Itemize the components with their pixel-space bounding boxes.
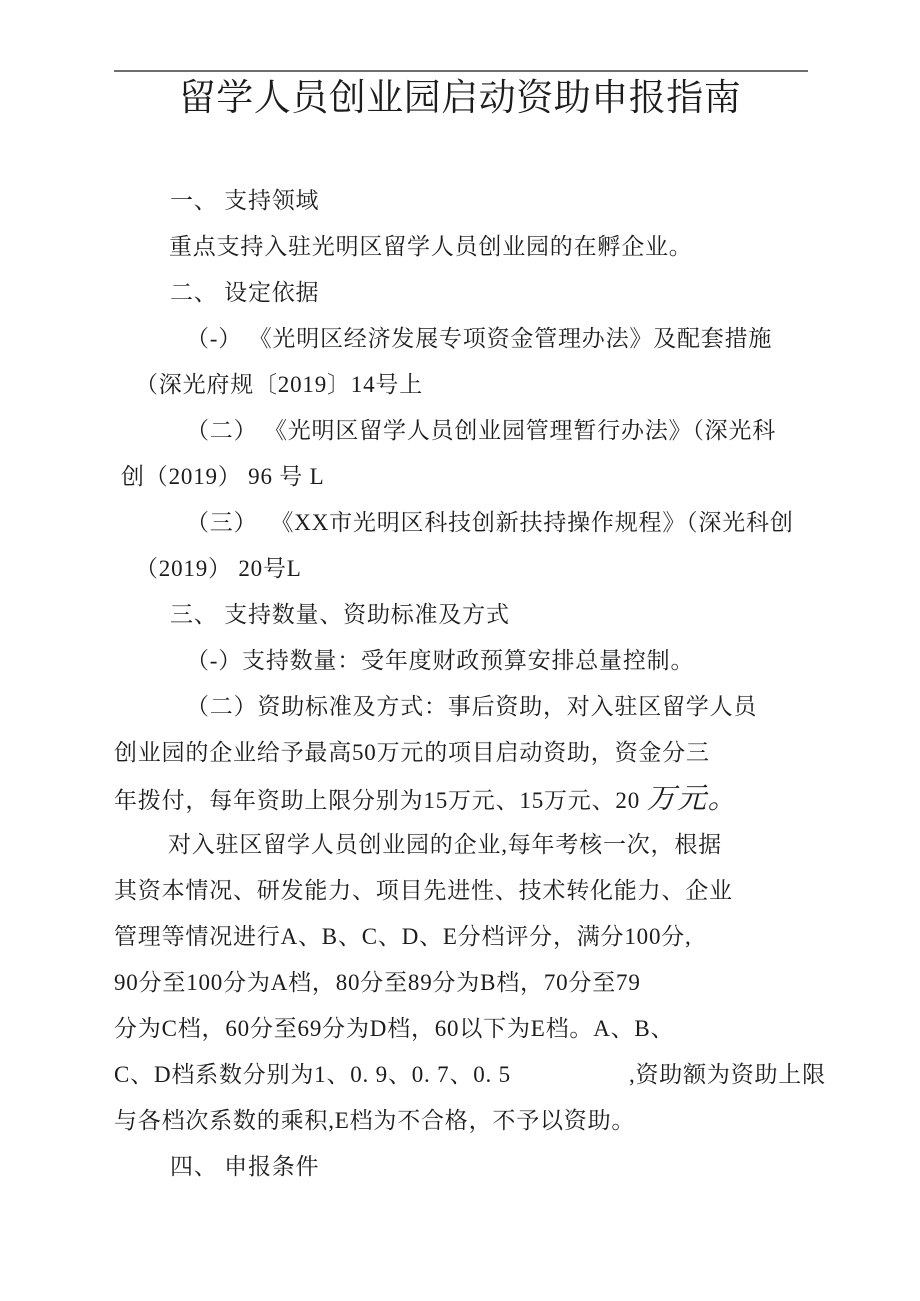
text-line: （-）支持数量：受年度财政预算安排总量控制。 [114,638,826,684]
text-line: （三） 《XX市光明区科技创新扶持操作规程》（深光科创 [114,500,826,546]
text-line: 与各档次系数的乘积,E档为不合格，不予以资助。 [114,1098,826,1144]
text-line: （2019） 20号L [114,546,826,592]
text-line: 一、 支持领域 [114,178,826,224]
text-line: 管理等情况进行A、B、C、D、E分档评分，满分100分, [114,914,826,960]
text-line: 重点支持入驻光明区留学人员创业园的在孵企业。 [114,224,826,270]
text-line: 四、 申报条件 [114,1144,826,1190]
text-line: （二） 《光明区留学人员创业园管理暂行办法》（深光科 [114,408,826,454]
text-segment: 万元。 [647,783,739,815]
text-segment: ,资助额为资助上限 [629,1062,826,1087]
text-line: C、D档系数分别为1、0. 9、0. 7、0. 5,资助额为资助上限 [114,1052,826,1098]
document-body: 一、 支持领域重点支持入驻光明区留学人员创业园的在孵企业。二、 设定依据（-） … [114,178,826,1190]
text-segment: 年拨付，每年资助上限分别为15万元、15万元、20 [114,788,647,813]
text-line: 年拨付，每年资助上限分别为15万元、15万元、20 万元。 [114,776,826,822]
text-line: 二、 设定依据 [114,270,826,316]
text-line: 三、 支持数量、资助标准及方式 [114,592,826,638]
text-segment: C、D档系数分别为1、0. 9、0. 7、0. 5 [114,1062,511,1087]
text-line: 其资本情况、研发能力、项目先进性、技术转化能力、企业 [114,868,826,914]
text-line: （-） 《光明区经济发展专项资金管理办法》及配套措施 [114,316,826,362]
text-line: 创（2019） 96 号 L [114,454,826,500]
text-line: （深光府规〔2019〕14号上 [114,362,826,408]
text-line: 创业园的企业给予最高50万元的项目启动资助，资金分三 [114,730,826,776]
text-line: 分为C档，60分至69分为D档，60以下为E档。A、B、 [114,1006,826,1052]
document-page: 留学人员创业园启动资助申报指南 一、 支持领域重点支持入驻光明区留学人员创业园的… [0,0,920,1301]
title-divider-line [114,70,808,72]
text-line: 90分至100分为A档，80分至89分为B档，70分至79 [114,960,826,1006]
text-line: （二）资助标准及方式：事后资助，对入驻区留学人员 [114,684,826,730]
document-title: 留学人员创业园启动资助申报指南 [0,77,920,121]
text-line: 对入驻区留学人员创业园的企业,每年考核一次，根据 [114,822,826,868]
